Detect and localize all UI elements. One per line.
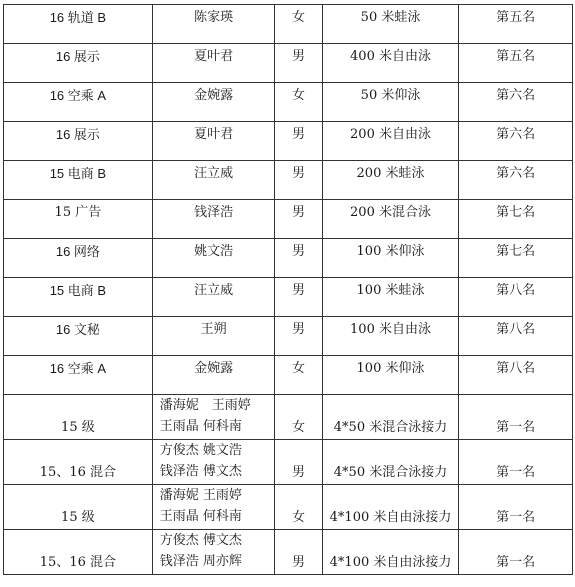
- class-cell: 16 空乘 A: [4, 356, 153, 395]
- relay-names-line2: 王雨晶 何科南: [160, 506, 275, 527]
- relay-names-cell: 方俊杰 姚文浩 钱泽浩 傅文杰: [152, 440, 275, 485]
- class-cell: 15、16 混合: [4, 530, 153, 575]
- rank-cell: 第一名: [459, 440, 573, 485]
- table-row: 16 文秘 王朔 男 100 米自由泳 第八名: [4, 317, 573, 356]
- relay-row: 15、16 混合 方俊杰 姚文浩 钱泽浩 傅文杰 男 4*50 米混合泳接力 第…: [4, 440, 573, 485]
- class-cell: 15 级: [4, 485, 153, 530]
- class-cell: 16 轨道 B: [4, 5, 153, 44]
- name-cell: 汪立威: [152, 161, 275, 200]
- table-row: 16 展示 夏叶君 男 400 米自由泳 第五名: [4, 44, 573, 83]
- table-row: 15 广告 钱泽浩 男 200 米混合泳 第七名: [4, 200, 573, 239]
- class-cell: 15 电商 B: [4, 278, 153, 317]
- event-cell: 100 米仰泳: [322, 239, 459, 278]
- rank-cell: 第八名: [459, 278, 573, 317]
- event-cell: 4*100 米自由泳接力: [322, 485, 459, 530]
- gender-cell: 男: [275, 161, 322, 200]
- relay-names-line2: 钱泽浩 周亦辉: [160, 551, 275, 572]
- relay-names-line1: 方俊杰 傅文杰: [160, 530, 275, 551]
- rank-cell: 第一名: [459, 395, 573, 440]
- name-cell: 王朔: [152, 317, 275, 356]
- event-cell: 50 米仰泳: [322, 83, 459, 122]
- table-row: 15 电商 B 汪立威 男 200 米蛙泳 第六名: [4, 161, 573, 200]
- rank-cell: 第六名: [459, 83, 573, 122]
- relay-names-cell: 潘海妮 王雨婷 王雨晶 何科南: [152, 395, 275, 440]
- class-cell: 16 展示: [4, 44, 153, 83]
- name-cell: 夏叶君: [152, 122, 275, 161]
- table-row: 16 空乘 A 金婉露 女 50 米仰泳 第六名: [4, 83, 573, 122]
- table-row: 15 电商 B 汪立威 男 100 米蛙泳 第八名: [4, 278, 573, 317]
- event-cell: 100 米仰泳: [322, 356, 459, 395]
- name-cell: 姚文浩: [152, 239, 275, 278]
- event-cell: 400 米自由泳: [322, 44, 459, 83]
- gender-cell: 女: [275, 485, 322, 530]
- gender-cell: 男: [275, 200, 322, 239]
- gender-cell: 男: [275, 530, 322, 575]
- relay-row: 15、16 混合 方俊杰 傅文杰 钱泽浩 周亦辉 男 4*100 米自由泳接力 …: [4, 530, 573, 575]
- table-row: 16 展示 夏叶君 男 200 米自由泳 第六名: [4, 122, 573, 161]
- name-cell: 钱泽浩: [152, 200, 275, 239]
- gender-cell: 女: [275, 5, 322, 44]
- gender-cell: 男: [275, 317, 322, 356]
- class-cell: 15 级: [4, 395, 153, 440]
- name-cell: 金婉露: [152, 356, 275, 395]
- rank-cell: 第一名: [459, 485, 573, 530]
- gender-cell: 男: [275, 122, 322, 161]
- event-cell: 4*50 米混合泳接力: [322, 440, 459, 485]
- name-cell: 陈家瑛: [152, 5, 275, 44]
- relay-names-line1: 潘海妮 王雨婷: [160, 485, 275, 506]
- relay-names-line1: 方俊杰 姚文浩: [160, 440, 275, 461]
- class-cell: 16 网络: [4, 239, 153, 278]
- table-row: 16 轨道 B 陈家瑛 女 50 米蛙泳 第五名: [4, 5, 573, 44]
- class-cell: 15 广告: [4, 200, 153, 239]
- table-row: 16 空乘 A 金婉露 女 100 米仰泳 第八名: [4, 356, 573, 395]
- class-cell: 15、16 混合: [4, 440, 153, 485]
- relay-names-cell: 方俊杰 傅文杰 钱泽浩 周亦辉: [152, 530, 275, 575]
- relay-row: 15 级 潘海妮 王雨婷 王雨晶 何科南 女 4*100 米自由泳接力 第一名: [4, 485, 573, 530]
- event-cell: 4*50 米混合泳接力: [322, 395, 459, 440]
- relay-names-line1: 潘海妮 王雨婷: [160, 395, 275, 416]
- name-cell: 汪立威: [152, 278, 275, 317]
- event-cell: 4*100 米自由泳接力: [322, 530, 459, 575]
- gender-cell: 女: [275, 83, 322, 122]
- rank-cell: 第五名: [459, 44, 573, 83]
- relay-names-cell: 潘海妮 王雨婷 王雨晶 何科南: [152, 485, 275, 530]
- rank-cell: 第八名: [459, 356, 573, 395]
- event-cell: 200 米蛙泳: [322, 161, 459, 200]
- gender-cell: 女: [275, 356, 322, 395]
- class-cell: 15 电商 B: [4, 161, 153, 200]
- table-row: 16 网络 姚文浩 男 100 米仰泳 第七名: [4, 239, 573, 278]
- results-table: 16 轨道 B 陈家瑛 女 50 米蛙泳 第五名 16 展示 夏叶君 男 400…: [3, 4, 573, 575]
- gender-cell: 男: [275, 44, 322, 83]
- gender-cell: 男: [275, 278, 322, 317]
- class-cell: 16 空乘 A: [4, 83, 153, 122]
- event-cell: 100 米自由泳: [322, 317, 459, 356]
- event-cell: 50 米蛙泳: [322, 5, 459, 44]
- name-cell: 夏叶君: [152, 44, 275, 83]
- event-cell: 100 米蛙泳: [322, 278, 459, 317]
- rank-cell: 第七名: [459, 239, 573, 278]
- rank-cell: 第七名: [459, 200, 573, 239]
- relay-row: 15 级 潘海妮 王雨婷 王雨晶 何科南 女 4*50 米混合泳接力 第一名: [4, 395, 573, 440]
- gender-cell: 女: [275, 395, 322, 440]
- relay-names-line2: 王雨晶 何科南: [160, 416, 275, 437]
- gender-cell: 男: [275, 440, 322, 485]
- class-cell: 16 展示: [4, 122, 153, 161]
- class-cell: 16 文秘: [4, 317, 153, 356]
- rank-cell: 第六名: [459, 122, 573, 161]
- event-cell: 200 米自由泳: [322, 122, 459, 161]
- rank-cell: 第六名: [459, 161, 573, 200]
- event-cell: 200 米混合泳: [322, 200, 459, 239]
- rank-cell: 第五名: [459, 5, 573, 44]
- rank-cell: 第一名: [459, 530, 573, 575]
- rank-cell: 第八名: [459, 317, 573, 356]
- gender-cell: 男: [275, 239, 322, 278]
- relay-names-line2: 钱泽浩 傅文杰: [160, 461, 275, 482]
- name-cell: 金婉露: [152, 83, 275, 122]
